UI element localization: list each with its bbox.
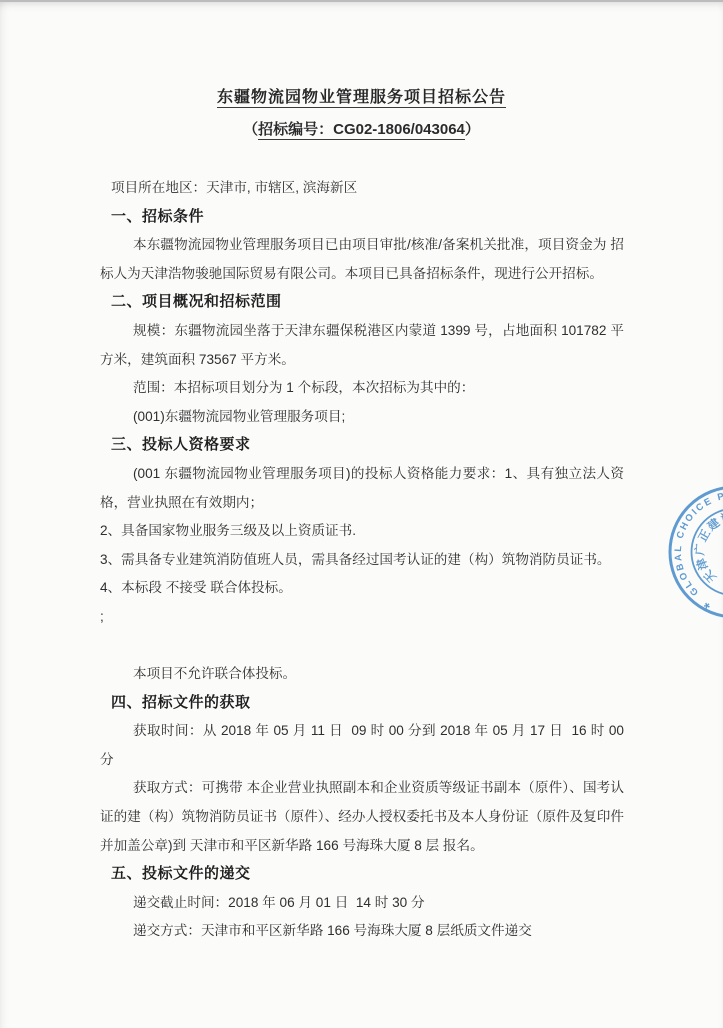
doc-title-text: 东疆物流园物业管理服务项目招标公告 [217,89,506,108]
project-scale-paragraph: 规模：东疆物流园坐落于天津东疆保税港区内蒙道 1399 号，占地面积 10178… [100,317,624,374]
document-obtain-method: 获取方式：可携带 本企业营业执照副本和企业资质等级证书副本（原件）、国考认证的建… [100,774,624,860]
section-4-heading: 四、招标文件的获取 [100,689,624,718]
project-location-line: 项目所在地区：天津市, 市辖区, 滨海新区 [100,174,624,203]
tender-conditions-paragraph: 本东疆物流园物业管理服务项目已由项目审批/核准/备案机关批准，项目资金为 招标人… [100,231,624,288]
ref-close-paren: ） [465,121,480,138]
qualification-requirement-2: 2、具备国家物业服务三级及以上资质证书. [100,517,624,546]
doc-title: 东疆物流园物业管理服务项目招标公告 [0,86,723,110]
document-obtain-time: 获取时间：从 2018 年 05 月 11 日 09 时 00 分到 2018 … [100,717,624,774]
qualification-requirement-4: 4、本标段 不接受 联合体投标。 [100,574,624,603]
submission-deadline: 递交截止时间：2018 年 06 月 01 日 14 时 30 分 [100,889,624,918]
section-1-heading: 一、招标条件 [100,203,624,232]
ref-number-text: 招标编号：CG02-1806/043064 [258,121,465,140]
stray-semicolon-line: ; [100,603,624,632]
section-5-heading: 五、投标文件的递交 [100,860,624,889]
tender-reference-number: （招标编号：CG02-1806/043064） [0,118,723,142]
no-consortium-note: 本项目不允许联合体投标。 [100,660,624,689]
qualification-requirement-3: 3、需具备专业建筑消防值班人员，需具备经过国考认证的建（构）筑物消防员证书。 [100,546,624,575]
submission-method: 递交方式：天津市和平区新华路 166 号海珠大厦 8 层纸质文件递交 [100,917,624,946]
scanned-document-page: 东疆物流园物业管理服务项目招标公告 （招标编号：CG02-1806/043064… [0,0,723,1028]
doc-body: 项目所在地区：天津市, 市辖区, 滨海新区 一、招标条件 本东疆物流园物业管理服… [0,174,723,946]
tender-scope-paragraph: 范围：本招标项目划分为 1 个标段，本次招标为其中的： [100,374,624,403]
qualification-requirement-1: (001 东疆物流园物业管理服务项目)的投标人资格能力要求：1、具有独立法人资格… [100,460,624,517]
section-2-heading: 二、项目概况和招标范围 [100,288,624,317]
lot-001-line: (001)东疆物流园物业管理服务项目; [100,403,624,432]
section-3-heading: 三、投标人资格要求 [100,431,624,460]
ref-open-paren: （ [243,121,258,138]
